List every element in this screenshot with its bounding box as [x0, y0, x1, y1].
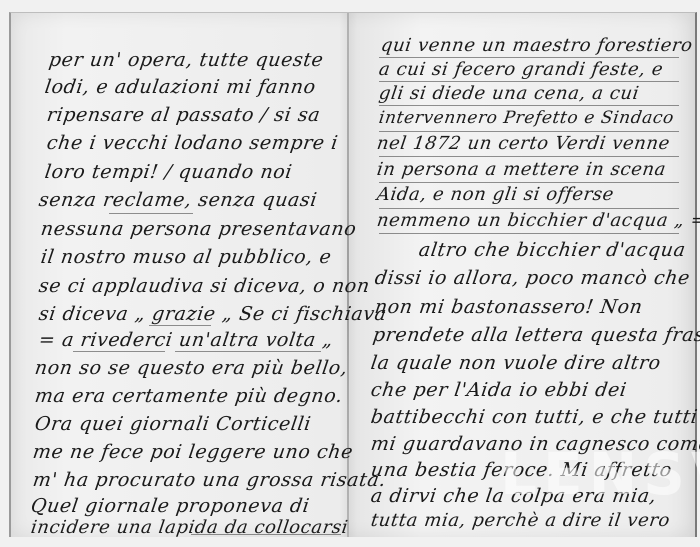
right-line-19: tutta mia, perchè a dire il vero [370, 510, 672, 531]
right-rule-1 [379, 57, 679, 58]
right-rule-7 [379, 208, 679, 209]
right-rule-3 [379, 105, 679, 106]
right-line-4: intervennero Prefetto e Sindaco [378, 108, 676, 128]
left-line-14: Ora quei giornali Corticelli [33, 413, 312, 435]
left-line-10: si diceva „ grazie „ Se ci fischiava [37, 303, 388, 325]
left-line-12: non so se questo era più bello, [33, 357, 349, 379]
right-line-6: in persona a mettere in scena [376, 159, 668, 180]
right-rule-8 [379, 233, 679, 234]
underline-reclame [109, 213, 193, 214]
underline-grazie [149, 325, 211, 326]
right-line-1: qui venne un maestro forestiero [380, 35, 695, 56]
left-line-3: ripensare al passato / si sa [45, 104, 321, 126]
underline-a-rivederci [73, 351, 165, 352]
left-line-11: = a rivederci un'altra volta „ [37, 329, 334, 351]
left-line-15: me ne fece poi leggere uno che [31, 441, 354, 463]
right-rule-6 [379, 182, 679, 183]
left-line-9: se ci applaudiva si diceva, o non [37, 275, 371, 297]
right-line-8: nemmeno un bicchier d'acqua „ = [376, 210, 700, 231]
left-page: per un' opera, tutte queste lodi, e adul… [11, 13, 347, 537]
left-line-1: per un' opera, tutte queste [47, 49, 325, 71]
right-line-14: che per l'Aida io ebbi dei [369, 379, 628, 401]
left-line-13: ma era certamente più degno. [33, 385, 344, 407]
right-line-15: battibecchi con tutti, e che tutti [369, 406, 699, 428]
left-line-4: che i vecchi lodano sempre i [45, 132, 339, 154]
right-rule-4 [379, 131, 679, 132]
right-line-13: la quale non vuole dire altro [369, 352, 662, 374]
right-rule-2 [379, 81, 679, 82]
left-line-6: senza reclame, senza quasi [37, 189, 318, 211]
left-line-2: lodi, e adulazioni mi fanno [43, 76, 317, 98]
right-line-12: prendete alla lettera questa frase, [371, 324, 700, 346]
left-line-7: nessuna persona presentavano [39, 218, 357, 240]
right-line-2: a cui si fecero grandi feste, e [378, 59, 665, 80]
left-line-16: m' ha procurato una grossa risata. [31, 469, 387, 491]
watermark: LENSVI [500, 440, 700, 508]
underline-altra-volta [175, 351, 321, 352]
right-line-11: non mi bastonassero! Non [373, 296, 644, 318]
right-rule-5 [379, 156, 679, 157]
right-line-3: gli si diede una cena, a cui [378, 83, 641, 104]
right-line-5: nel 1872 un certo Verdi venne [376, 133, 672, 154]
right-line-9: altro che bicchier d'acqua [417, 239, 687, 261]
left-line-5: loro tempi! / quando noi [43, 161, 293, 183]
left-line-8: il nostro muso al pubblico, e [39, 246, 333, 268]
right-line-7: Aida, e non gli si offerse [376, 184, 616, 205]
right-line-10: dissi io allora, poco mancò che [373, 267, 691, 289]
left-line-17: Quel giornale proponeva di [29, 495, 311, 517]
underline-date [191, 534, 341, 535]
